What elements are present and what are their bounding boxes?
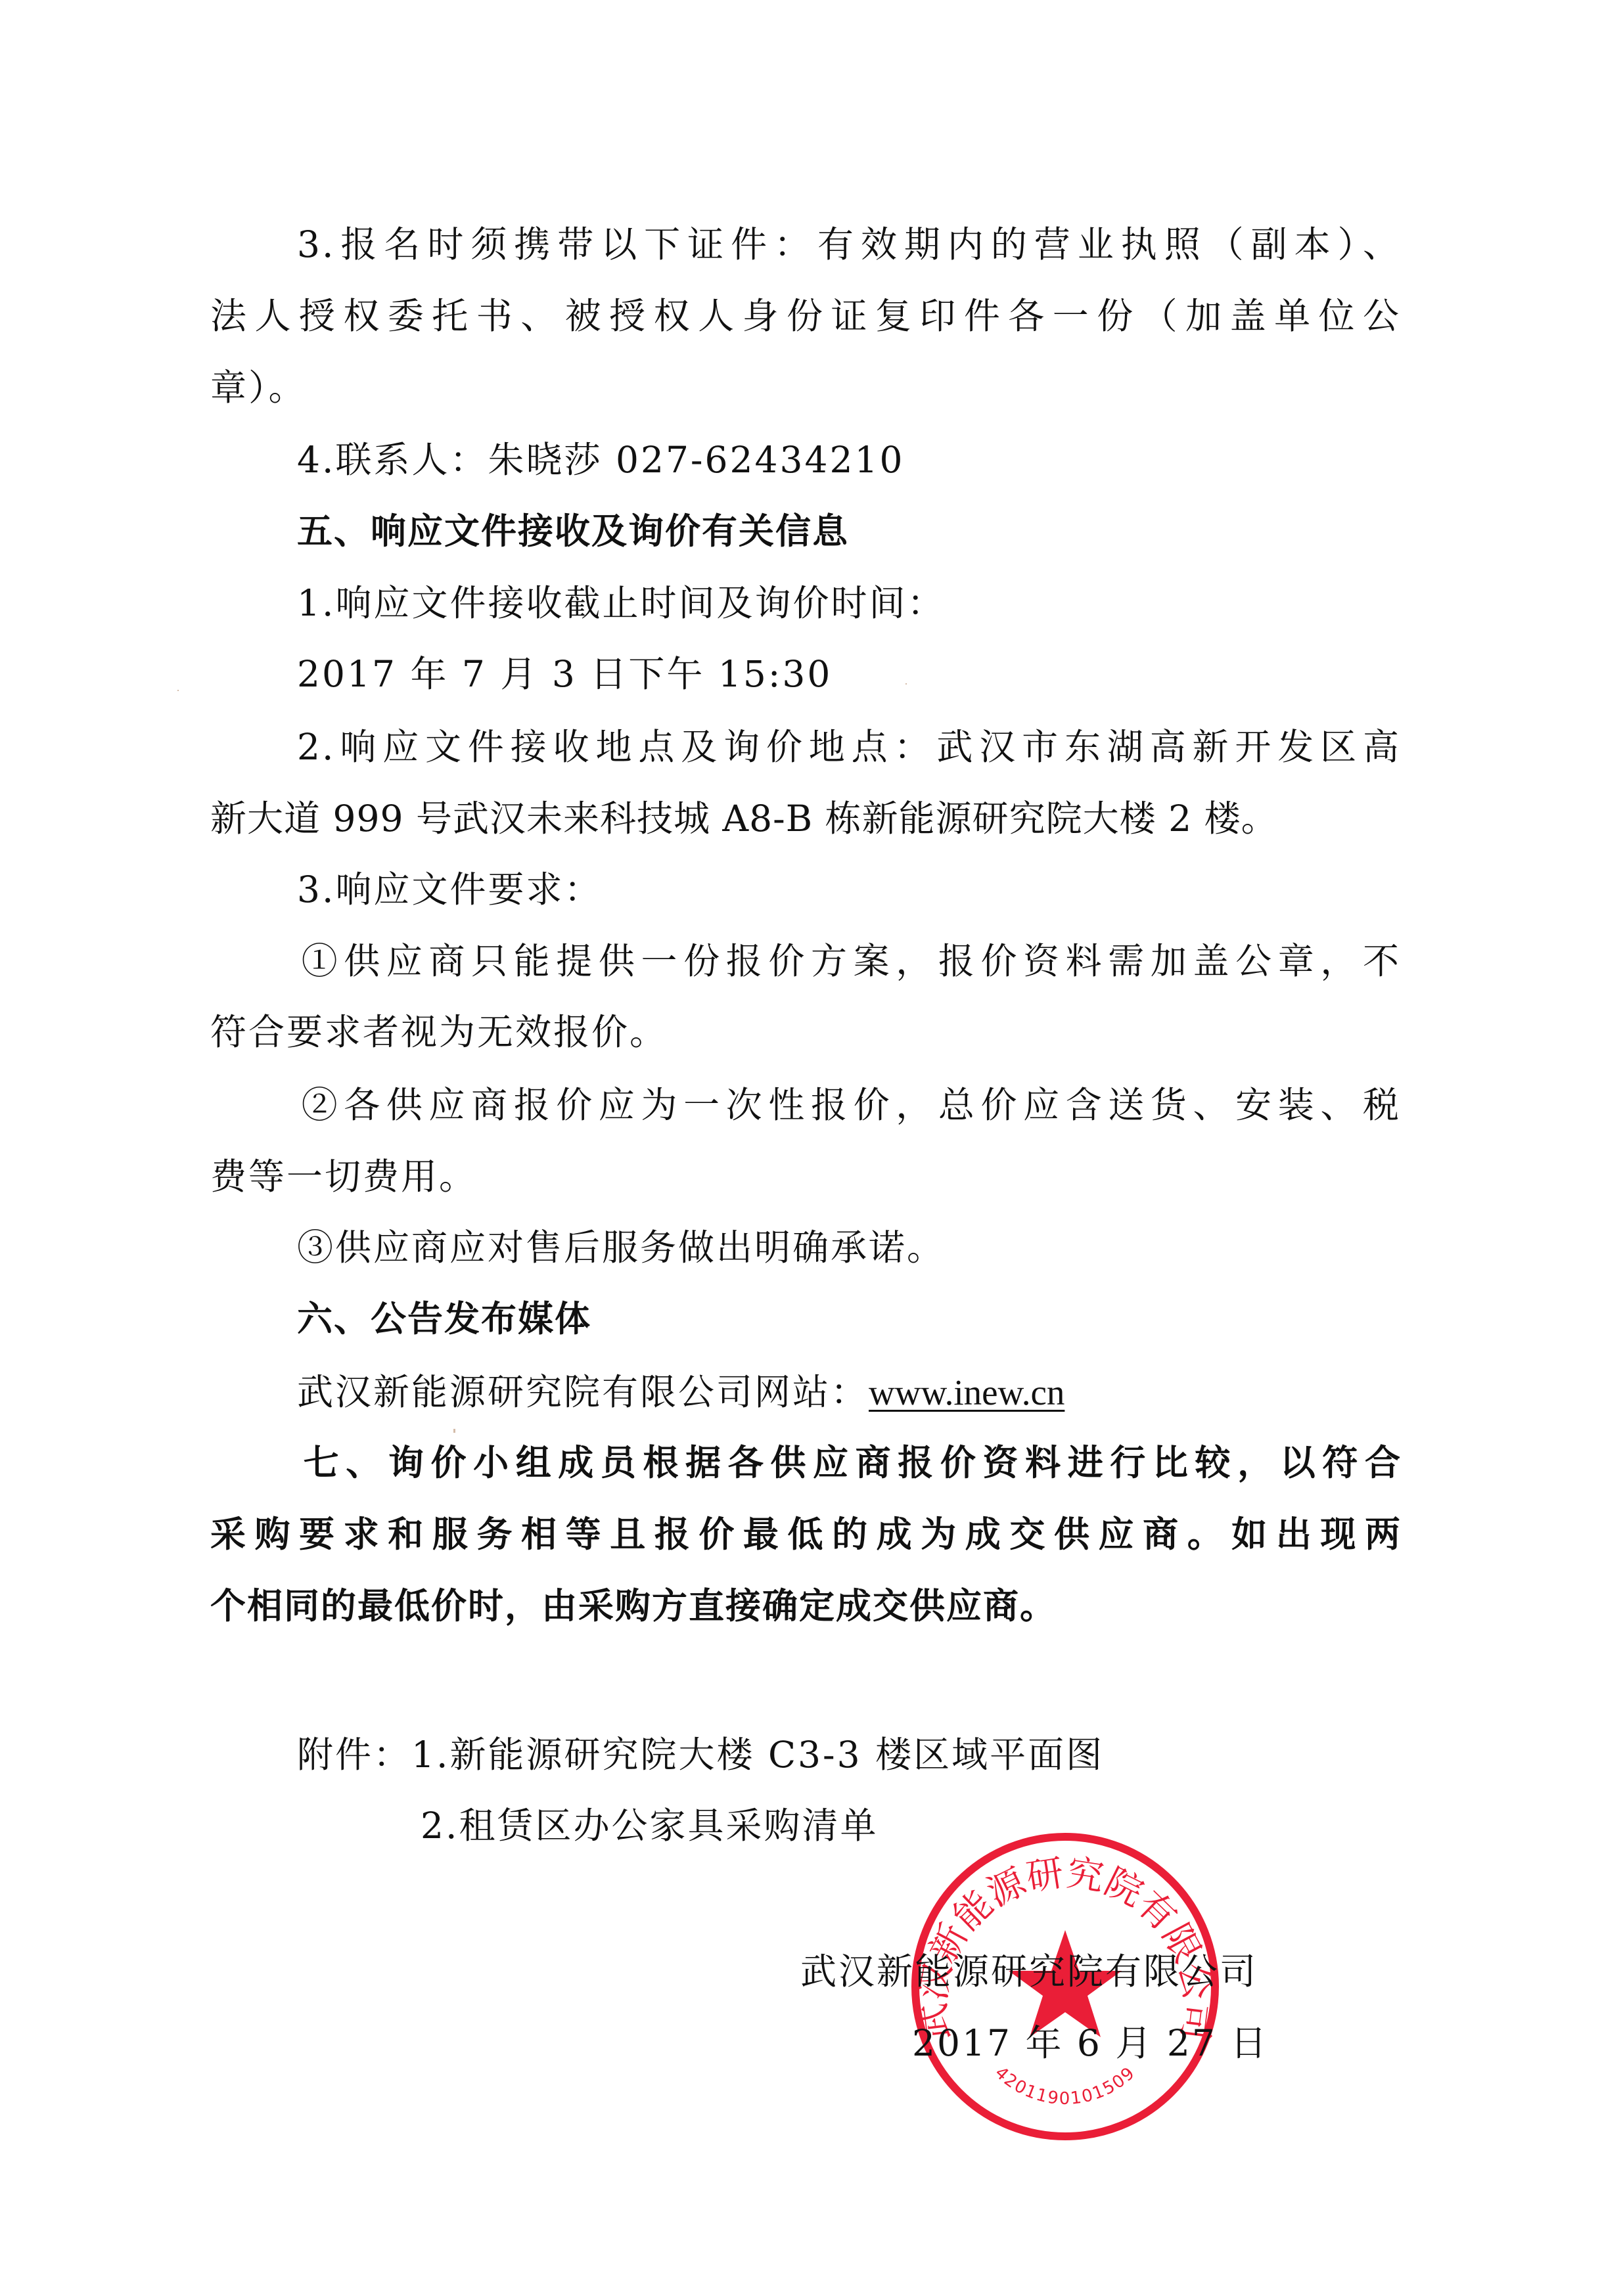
req-2-line-1: ②各供应商报价应为一次性报价，总价应含送货、安装、税: [210, 1082, 1401, 1128]
s5-item-2-line-2: 新大道 999 号武汉未来科技城 A8-B 栋新能源研究院大楼 2 楼。: [210, 796, 1278, 842]
contact-line: 4.联系人：朱晓莎 027-62434210: [297, 437, 904, 483]
req-1-line-1: ①供应商只能提供一份报价方案，报价资料需加盖公章，不: [210, 938, 1401, 984]
seal-serial: 4201190101509: [991, 2063, 1139, 2109]
s5-item-2-line-1: 2.响应文件接收地点及询价地点：武汉市东湖高新开发区高: [210, 724, 1401, 770]
s5-item-2-text-1: 2.响应文件接收地点及询价地点：武汉市东湖高新开发区高: [297, 726, 1401, 768]
s5-item-1: 1.响应文件接收截止时间及询价时间：: [297, 580, 945, 626]
req-2-text-1: ②各供应商报价应为一次性报价，总价应含送货、安装、税: [297, 1084, 1401, 1126]
website-link[interactable]: www.inew.cn: [869, 1372, 1064, 1412]
req-2-line-2: 费等一切费用。: [210, 1154, 477, 1200]
req-3: ③供应商应对售后服务做出明确承诺。: [297, 1225, 945, 1271]
attachment-line-1: 附件：1.新能源研究院大楼 C3-3 楼区域平面图: [297, 1732, 1104, 1778]
section-7-text-1: 七、询价小组成员根据各供应商报价资料进行比较，以符合: [297, 1442, 1401, 1483]
section-7-line-1: 七、询价小组成员根据各供应商报价资料进行比较，以符合: [210, 1440, 1401, 1486]
para-3-line-1: 3.报名时须携带以下证件：有效期内的营业执照（副本）、: [210, 221, 1401, 267]
section-6-heading: 六、公告发布媒体: [297, 1296, 591, 1342]
s5-item-1-time: 2017 年 7 月 3 日下午 15:30: [297, 651, 832, 697]
document-page: 3.报名时须携带以下证件：有效期内的营业执照（副本）、 法人授权委托书、被授权人…: [0, 0, 1602, 2296]
signature-company: 武汉新能源研究院有限公司: [800, 1948, 1258, 1994]
req-1-line-2: 符合要求者视为无效报价。: [210, 1009, 668, 1055]
scan-speck: [177, 690, 179, 691]
section-5-heading: 五、响应文件接收及询价有关信息: [297, 508, 849, 554]
attachment-line-2: 2.租赁区办公家具采购清单: [421, 1803, 878, 1849]
scan-speck: [905, 683, 907, 685]
signature-date: 2017 年 6 月 27 日: [912, 2020, 1268, 2066]
s5-item-3: 3.响应文件要求：: [297, 867, 602, 912]
website-line: 武汉新能源研究院有限公司网站：www.inew.cn: [297, 1369, 1064, 1415]
seal-ring-text: 武汉新能源研究院有限公司: [911, 1851, 1219, 2042]
section-7-line-2: 采购要求和服务相等且报价最低的成为成交供应商。如出现两: [210, 1512, 1401, 1558]
website-label: 武汉新能源研究院有限公司网站：: [297, 1371, 869, 1413]
para-3-text-1: 3.报名时须携带以下证件：有效期内的营业执照（副本）、: [297, 223, 1401, 265]
section-7-line-3: 个相同的最低价时，由采购方直接确定成交供应商。: [210, 1583, 1057, 1629]
para-3-line-2: 法人授权委托书、被授权人身份证复印件各一份（加盖单位公: [210, 293, 1401, 339]
req-1-text-1: ①供应商只能提供一份报价方案，报价资料需加盖公章，不: [297, 940, 1401, 982]
para-3-line-3: 章）。: [210, 365, 307, 411]
scan-speck: [453, 1429, 455, 1433]
